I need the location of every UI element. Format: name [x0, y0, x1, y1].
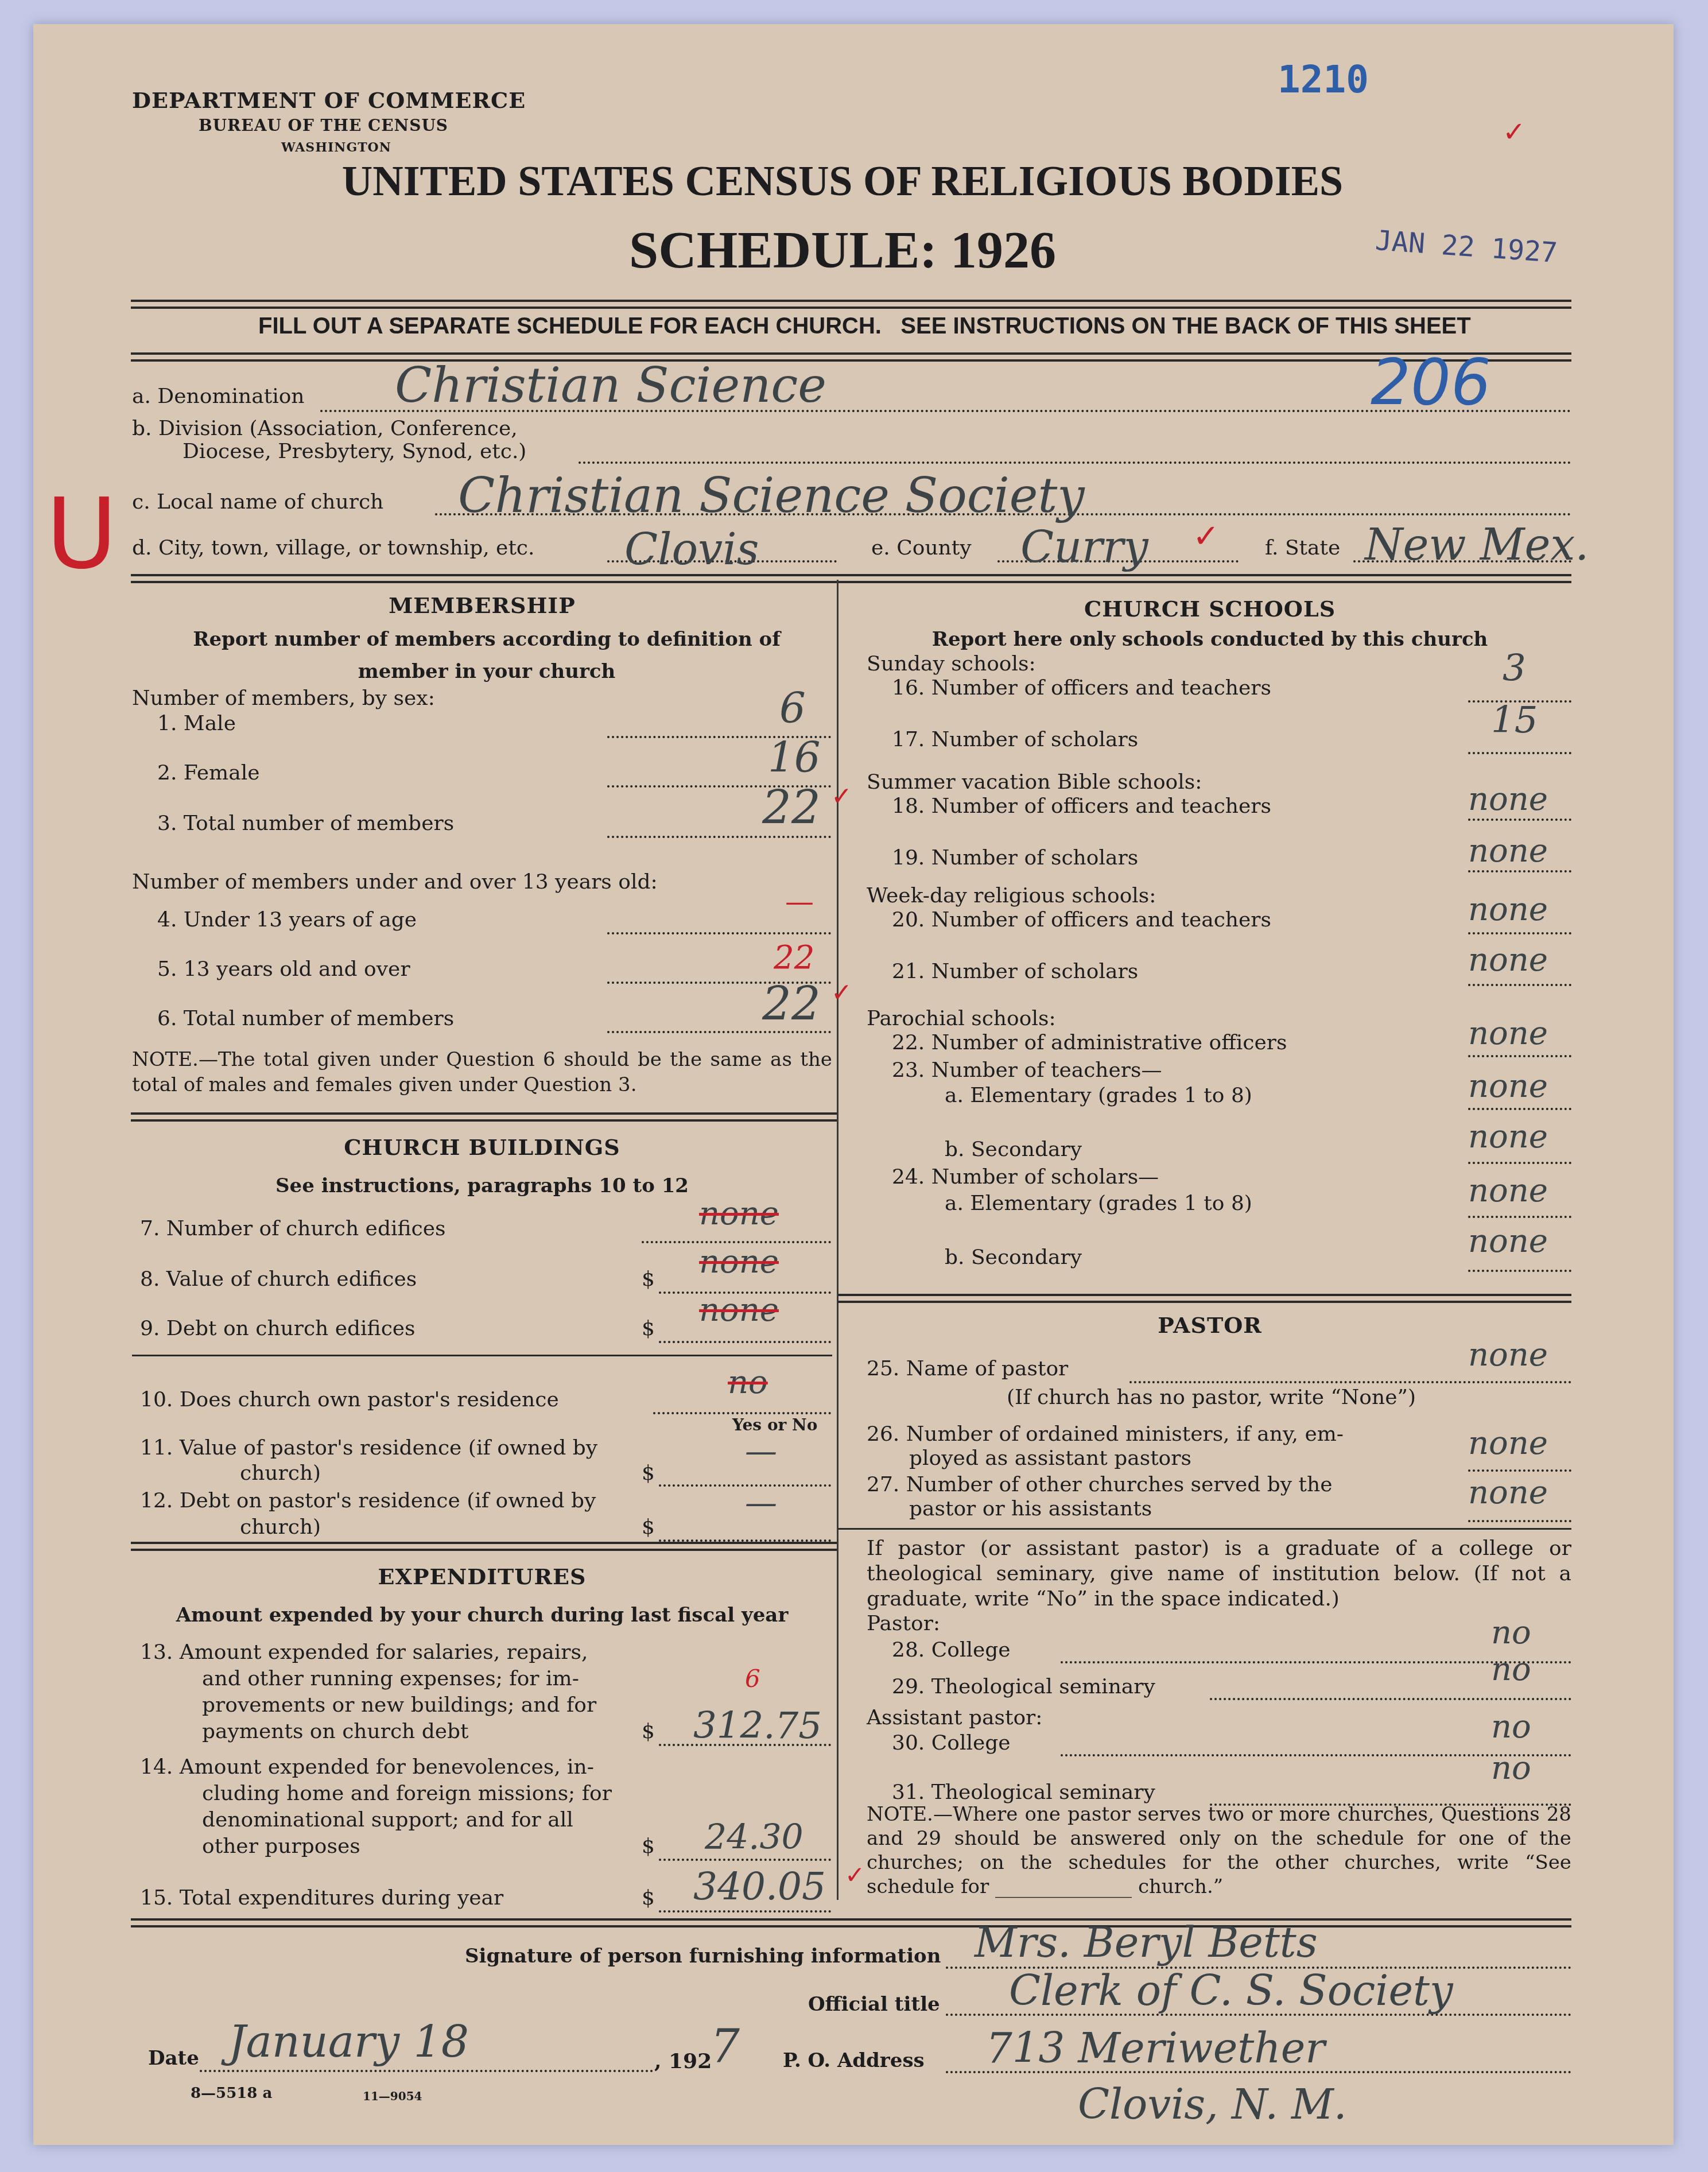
sunday-officers-value: 3: [1503, 647, 1526, 690]
membership-double-rule: [131, 1112, 837, 1122]
state-label: f. State: [1265, 536, 1340, 560]
assistant-seminary-label: 31. Theological seminary: [892, 1781, 1155, 1804]
edifices-debt-field[interactable]: [659, 1341, 831, 1343]
washington-heading: WASHINGTON: [281, 140, 391, 155]
fill-out-instruction: FILL OUT A SEPARATE SCHEDULE FOR EACH CH…: [258, 313, 1471, 339]
yes-or-no-hint: Yes or No: [732, 1415, 817, 1434]
division-label-1: b. Division (Association, Conference,: [132, 417, 518, 440]
benevolences-line-3: denominational support; and for all: [202, 1808, 573, 1832]
currency-symbol: $: [642, 1834, 655, 1858]
residence-debt-label-2: church): [240, 1515, 321, 1539]
assistant-college-value: no: [1491, 1708, 1531, 1746]
expenditures-heading: EXPENDITURES: [132, 1564, 832, 1589]
currency-symbol: $: [642, 1461, 655, 1485]
file-number-stamp: 1210: [1278, 57, 1369, 102]
pastor-college-label: 28. College: [892, 1638, 1011, 1662]
check-mark-icon: ✓: [1193, 518, 1220, 555]
year-prefix: , 192: [654, 2049, 712, 2073]
weekday-scholars-label: 21. Number of scholars: [892, 960, 1138, 983]
running-expenses-line-3: provements or new buildings; and for: [202, 1693, 596, 1717]
teachers-secondary-value: none: [1468, 1118, 1548, 1155]
owns-residence-field[interactable]: [653, 1412, 831, 1414]
pastor-seminary-field[interactable]: [1210, 1698, 1571, 1700]
scholars-secondary-value: none: [1468, 1223, 1548, 1260]
currency-symbol: $: [642, 1267, 655, 1291]
weekday-scholars-field[interactable]: [1468, 984, 1571, 986]
running-expenses-line-2: and other running expenses; for im-: [202, 1667, 579, 1690]
currency-symbol: $: [642, 1720, 655, 1743]
currency-symbol: $: [642, 1317, 655, 1340]
pastor-heading: PASTOR: [848, 1312, 1571, 1338]
pastor-subheading: Pastor:: [867, 1612, 940, 1635]
pastor-seminary-value: no: [1491, 1651, 1531, 1688]
running-expenses-value: 312.75: [693, 1705, 822, 1747]
weekday-officers-field[interactable]: [1468, 932, 1571, 934]
po-address-line-1: 713 Meriwether: [986, 2024, 1325, 2072]
denomination-value: Christian Science: [395, 357, 826, 413]
marginal-u-mark: U: [46, 478, 117, 591]
year-suffix-value: 7: [711, 2019, 740, 2073]
scholars-label: 24. Number of scholars—: [892, 1165, 1159, 1189]
teachers-elementary-value: none: [1468, 1068, 1548, 1105]
total-expenditures-field[interactable]: [659, 1910, 831, 1913]
sunday-schools-label: Sunday schools:: [867, 652, 1036, 676]
received-date-stamp: JAN 22 1927: [1374, 224, 1558, 269]
by-sex-label: Number of members, by sex:: [132, 686, 435, 710]
membership-note: NOTE.—The total given under Question 6 s…: [132, 1047, 832, 1097]
division-label-2: Diocese, Presbytery, Synod, etc.): [183, 440, 526, 463]
running-expenses-correction: 6: [745, 1665, 760, 1693]
signature-value: Mrs. Beryl Betts: [975, 1918, 1318, 1967]
summer-schools-label: Summer vacation Bible schools:: [867, 770, 1202, 794]
total-expenditures-value: 340.05: [693, 1864, 826, 1909]
sunday-scholars-value: 15: [1491, 699, 1538, 742]
scholars-secondary-label: b. Secondary: [945, 1246, 1082, 1269]
total-members-2-field[interactable]: [607, 1031, 831, 1033]
denomination-label: a. Denomination: [132, 385, 305, 408]
county-label: e. County: [871, 536, 972, 560]
column-divider: [837, 580, 839, 1900]
total-members-value: 22: [762, 781, 821, 834]
census-schedule-form: DEPARTMENT OF COMMERCE BUREAU OF THE CEN…: [33, 24, 1674, 2145]
pastor-divider: [838, 1528, 1571, 1530]
assistant-pastor-subheading: Assistant pastor:: [867, 1706, 1042, 1729]
benevolences-line-2: cluding home and foreign missions; for: [202, 1782, 612, 1805]
church-buildings-heading: CHURCH BUILDINGS: [132, 1134, 832, 1160]
owns-residence-value: no: [728, 1364, 768, 1401]
teachers-elementary-label: a. Elementary (grades 1 to 8): [945, 1084, 1252, 1107]
summer-scholars-value: none: [1468, 832, 1548, 870]
title-double-rule: [131, 300, 1571, 309]
city-value: Clovis: [624, 523, 759, 575]
residence-debt-label-1: 12. Debt on pastor's residence (if owned…: [140, 1489, 596, 1512]
check-mark-icon: ✓: [831, 782, 852, 811]
scholars-elementary-label: a. Elementary (grades 1 to 8): [945, 1192, 1252, 1215]
female-label: 2. Female: [157, 761, 260, 785]
running-expenses-line-1: 13. Amount expended for salaries, repair…: [140, 1640, 588, 1664]
parochial-admin-label: 22. Number of administrative officers: [892, 1031, 1287, 1054]
assistant-seminary-value: no: [1491, 1750, 1531, 1787]
church-buildings-subheading: See instructions, paragraphs 10 to 12: [132, 1174, 832, 1197]
date-field[interactable]: [200, 2070, 653, 2072]
membership-subheading: Report number of members according to de…: [183, 623, 791, 688]
assistant-ministers-field[interactable]: [1468, 1469, 1571, 1472]
pastor-name-hint: (If church has no pastor, write “None”): [1007, 1386, 1416, 1409]
edifices-count-label: 7. Number of church edifices: [140, 1217, 445, 1240]
state-value: New Mex.: [1365, 519, 1589, 570]
buildings-divider: [132, 1355, 832, 1356]
division-field[interactable]: [579, 461, 1571, 464]
form-number: 8—5518 a: [191, 2085, 272, 2102]
sunday-scholars-label: 17. Number of scholars: [892, 728, 1138, 751]
po-address-label: P. O. Address: [783, 2049, 925, 2072]
residence-debt-value: —: [745, 1484, 777, 1522]
residence-value-label-1: 11. Value of pastor's residence (if owne…: [140, 1436, 597, 1460]
po-address-line-2: Clovis, N. M.: [1078, 2080, 1347, 2128]
local-name-value: Christian Science Society: [458, 467, 1085, 523]
summer-scholars-label: 19. Number of scholars: [892, 846, 1138, 870]
residence-value-label-2: church): [240, 1461, 321, 1485]
pastor-college-value: no: [1491, 1614, 1531, 1651]
assistant-college-label: 30. College: [892, 1731, 1011, 1755]
edifices-debt-label: 9. Debt on church edifices: [140, 1317, 416, 1340]
county-value: Curry: [1020, 521, 1148, 572]
pastor-name-value: none: [1468, 1336, 1548, 1374]
instruction-double-rule: [131, 352, 1571, 362]
check-mark-icon: ✓: [1503, 116, 1525, 148]
footer-double-rule: [131, 1918, 1571, 1927]
total-members-2-label: 6. Total number of members: [157, 1007, 454, 1030]
residence-value-value: —: [745, 1433, 777, 1470]
summer-officers-value: none: [1468, 781, 1548, 818]
date-label: Date: [148, 2047, 199, 2070]
graduate-instruction: If pastor (or assistant pastor) is a gra…: [867, 1536, 1571, 1612]
other-churches-label-1: 27. Number of other churches served by t…: [867, 1473, 1332, 1496]
total-members-label: 3. Total number of members: [157, 812, 454, 835]
other-churches-value: none: [1468, 1474, 1548, 1511]
form-title: UNITED STATES CENSUS OF RELIGIOUS BODIES: [263, 157, 1422, 206]
edifices-debt-value: none: [699, 1291, 779, 1329]
over-13-value: 22: [774, 939, 814, 976]
edifices-value-value: none: [699, 1243, 779, 1281]
other-churches-field[interactable]: [1468, 1520, 1571, 1522]
summer-scholars-field[interactable]: [1468, 870, 1571, 872]
over-13-label: 5. 13 years old and over: [157, 957, 410, 981]
schedule-year: SCHEDULE: 1926: [550, 219, 1135, 280]
date-value: January 18: [228, 2016, 469, 2067]
bureau-heading: BUREAU OF THE CENSUS: [199, 116, 448, 135]
church-schools-heading: CHURCH SCHOOLS: [848, 596, 1571, 622]
sunday-scholars-field[interactable]: [1468, 752, 1571, 754]
schools-double-rule: [838, 1294, 1571, 1303]
sunday-officers-label: 16. Number of officers and teachers: [892, 676, 1271, 700]
pastor-note: NOTE.—Where one pastor serves two or mor…: [867, 1802, 1571, 1899]
total-expenditures-label: 15. Total expenditures during year: [140, 1886, 503, 1910]
male-value: 6: [779, 684, 806, 732]
total-members-2-value: 22: [762, 977, 821, 1030]
benevolences-line-4: other purposes: [202, 1834, 360, 1858]
check-mark-icon: ✓: [831, 978, 852, 1007]
edifices-value-label: 8. Value of church edifices: [140, 1267, 417, 1291]
weekday-schools-label: Week-day religious schools:: [867, 884, 1156, 907]
currency-symbol: $: [642, 1886, 655, 1910]
pastor-name-label: 25. Name of pastor: [867, 1357, 1068, 1380]
buildings-double-rule: [131, 1542, 837, 1551]
summer-officers-field[interactable]: [1468, 819, 1571, 821]
by-age-label: Number of members under and over 13 year…: [132, 870, 658, 894]
membership-heading: MEMBERSHIP: [132, 592, 832, 618]
benevolences-line-1: 14. Amount expended for benevolences, in…: [140, 1755, 594, 1779]
print-number: 11—9054: [363, 2089, 422, 2103]
edifices-count-value: none: [699, 1195, 779, 1232]
official-title-value: Clerk of C. S. Society: [1009, 1967, 1453, 2015]
under-13-field[interactable]: [607, 932, 831, 934]
teachers-label: 23. Number of teachers—: [892, 1058, 1162, 1082]
benevolences-value: 24.30: [705, 1817, 803, 1857]
identity-double-rule: [131, 574, 1571, 583]
expenditures-subheading: Amount expended by your church during la…: [132, 1604, 832, 1627]
female-value: 16: [768, 734, 821, 782]
total-members-field[interactable]: [607, 836, 831, 838]
church-schools-subheading: Report here only schools conducted by th…: [848, 628, 1571, 651]
benevolences-field[interactable]: [659, 1859, 831, 1861]
male-label: 1. Male: [157, 712, 236, 735]
other-churches-label-2: pastor or his assistants: [909, 1497, 1152, 1521]
parochial-admin-field[interactable]: [1468, 1055, 1571, 1057]
pastor-name-field[interactable]: [1129, 1381, 1571, 1383]
currency-symbol: $: [642, 1515, 655, 1539]
teachers-elementary-field[interactable]: [1468, 1108, 1571, 1110]
city-label: d. City, town, village, or township, etc…: [132, 536, 534, 560]
owns-residence-label: 10. Does church own pastor's residence: [140, 1388, 559, 1411]
under-13-label: 4. Under 13 years of age: [157, 908, 417, 932]
parochial-schools-label: Parochial schools:: [867, 1007, 1056, 1030]
department-heading: DEPARTMENT OF COMMERCE: [132, 87, 526, 113]
scholars-secondary-field[interactable]: [1468, 1270, 1571, 1272]
weekday-scholars-value: none: [1468, 941, 1548, 979]
local-name-label: c. Local name of church: [132, 490, 383, 514]
summer-officers-label: 18. Number of officers and teachers: [892, 794, 1271, 818]
check-mark-icon: ✓: [845, 1861, 865, 1889]
teachers-secondary-field[interactable]: [1468, 1162, 1571, 1164]
signature-label: Signature of person furnishing informati…: [465, 1945, 941, 1968]
weekday-officers-value: none: [1468, 891, 1548, 928]
weekday-officers-label: 20. Number of officers and teachers: [892, 908, 1271, 932]
teachers-secondary-label: b. Secondary: [945, 1138, 1082, 1161]
scholars-elementary-field[interactable]: [1468, 1216, 1571, 1218]
pastor-seminary-label: 29. Theological seminary: [892, 1675, 1155, 1698]
running-expenses-line-4: payments on church debt: [202, 1720, 469, 1743]
code-number: 206: [1371, 346, 1491, 419]
assistant-ministers-label-2: ployed as assistant pastors: [909, 1446, 1191, 1470]
assistant-ministers-value: none: [1468, 1425, 1548, 1462]
assistant-ministers-label-1: 26. Number of ordained ministers, if any…: [867, 1422, 1344, 1446]
official-title-label: Official title: [808, 1993, 940, 2016]
scholars-elementary-value: none: [1468, 1172, 1548, 1209]
parochial-admin-value: none: [1468, 1015, 1548, 1052]
under-13-value: —: [785, 885, 814, 918]
